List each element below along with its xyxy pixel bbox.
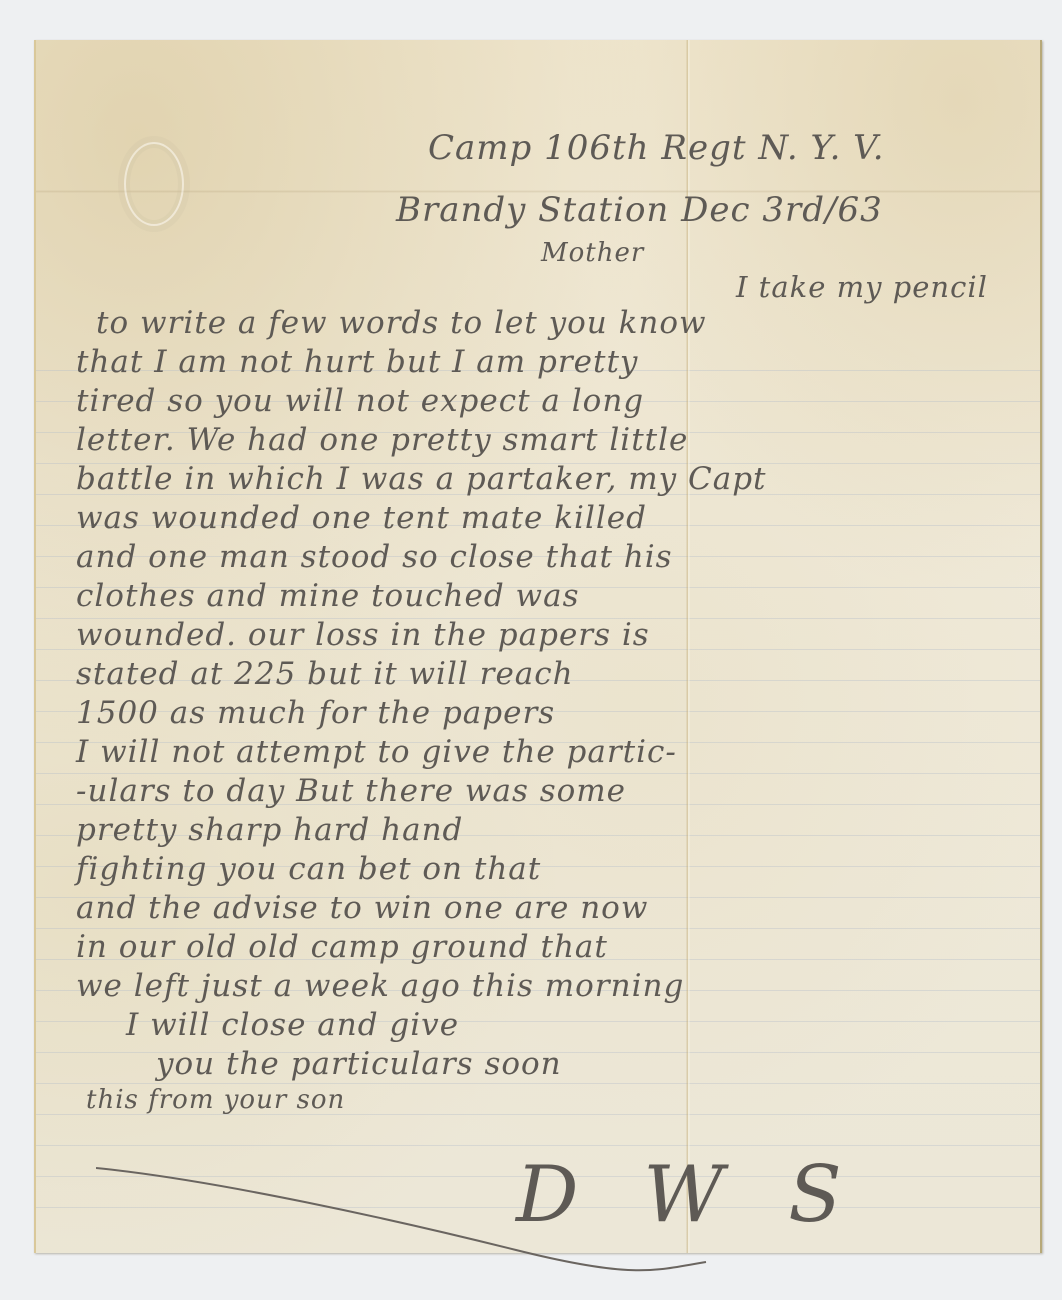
body-line-2: that I am not hurt but I am pretty [76, 344, 638, 380]
body-line-15: fighting you can bet on that [76, 851, 541, 887]
body-line-7: and one man stood so close that his [76, 539, 673, 575]
body-line-18: we left just a week ago this morning [76, 968, 684, 1004]
opening-line: I take my pencil [736, 270, 988, 304]
body-line-19: I will close and give [126, 1007, 459, 1043]
embossed-stationer-mark-icon [124, 142, 184, 226]
letter-paper: Camp 106th Regt N. Y. V. Brandy Station … [34, 40, 1042, 1253]
body-line-20: you the particulars soon [156, 1046, 562, 1082]
body-line-17: in our old old camp ground that [76, 929, 608, 965]
body-line-10: stated at 225 but it will reach [76, 656, 574, 692]
body-line-21: this from your son [86, 1085, 345, 1115]
body-line-4: letter. We had one pretty smart little [76, 422, 688, 458]
signature: D W S [516, 1150, 862, 1240]
body-line-6: was wounded one tent mate killed [76, 500, 647, 536]
body-line-14: pretty sharp hard hand [76, 812, 463, 848]
body-line-16: and the advise to win one are now [76, 890, 648, 926]
heading-place-date: Brandy Station Dec 3rd/63 [396, 190, 883, 230]
body-line-13: -ulars to day But there was some [76, 773, 626, 809]
body-line-9: wounded. our loss in the papers is [76, 617, 650, 653]
salutation: Mother [541, 238, 644, 268]
body-line-1: to write a few words to let you know [96, 305, 707, 341]
body-line-11: 1500 as much for the papers [76, 695, 555, 731]
body-line-12: I will not attempt to give the partic- [76, 734, 677, 770]
body-line-8: clothes and mine touched was [76, 578, 579, 614]
body-line-5: battle in which I was a partaker, my Cap… [76, 461, 767, 497]
body-line-3: tired so you will not expect a long [76, 383, 644, 419]
heading-camp: Camp 106th Regt N. Y. V. [428, 128, 885, 168]
